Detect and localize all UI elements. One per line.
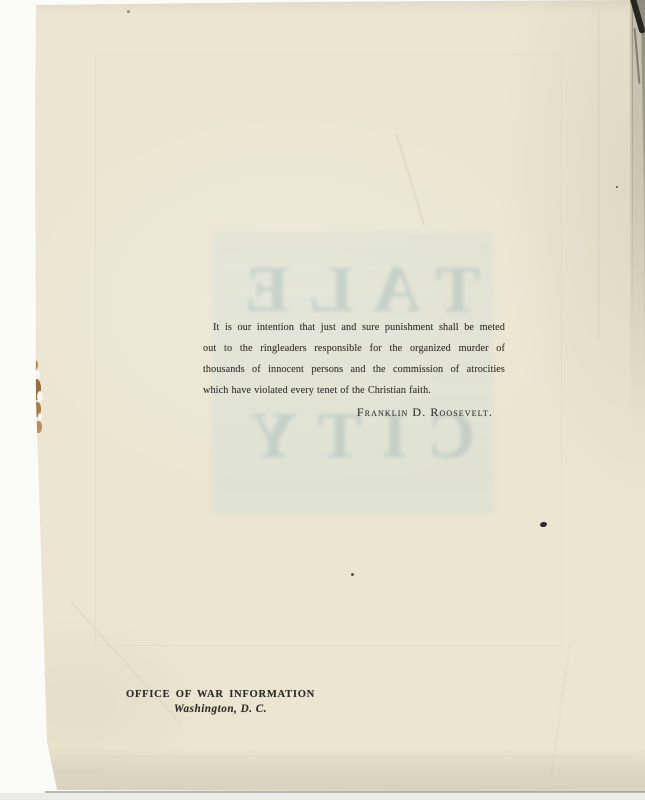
edge-nick [37,391,43,402]
edge-nick [38,413,42,421]
quote-line: It is our intention that just and sure p… [203,317,505,338]
paper-sheet: TALE CITY It is our intention that just … [0,0,645,800]
quote-attribution: Franklin D. Roosevelt. [203,405,505,420]
ink-speck [351,573,354,576]
quote-block: It is our intention that just and sure p… [203,317,505,420]
scanned-page: TALE CITY It is our intention that just … [0,0,645,800]
staple-tear [31,360,38,370]
quote-line: thousands of innocent persons and the co… [203,359,505,380]
paper-right-edge-line [632,0,633,330]
paper-crease [598,10,599,340]
ink-speck [127,10,130,13]
paper-crease [550,641,570,780]
paper-crease [60,756,635,757]
staple-tear [34,421,42,433]
ink-speck [616,186,618,188]
quote-line: which have violated every tenet of the C… [203,380,505,401]
imprint-location: Washington, D. C. [126,703,315,715]
paper-bottom-edge-line [45,791,645,793]
scanner-bottom-strip [0,793,645,800]
quote-line: out to the ringleaders responsible for t… [203,338,505,359]
edge-nick [35,370,40,379]
